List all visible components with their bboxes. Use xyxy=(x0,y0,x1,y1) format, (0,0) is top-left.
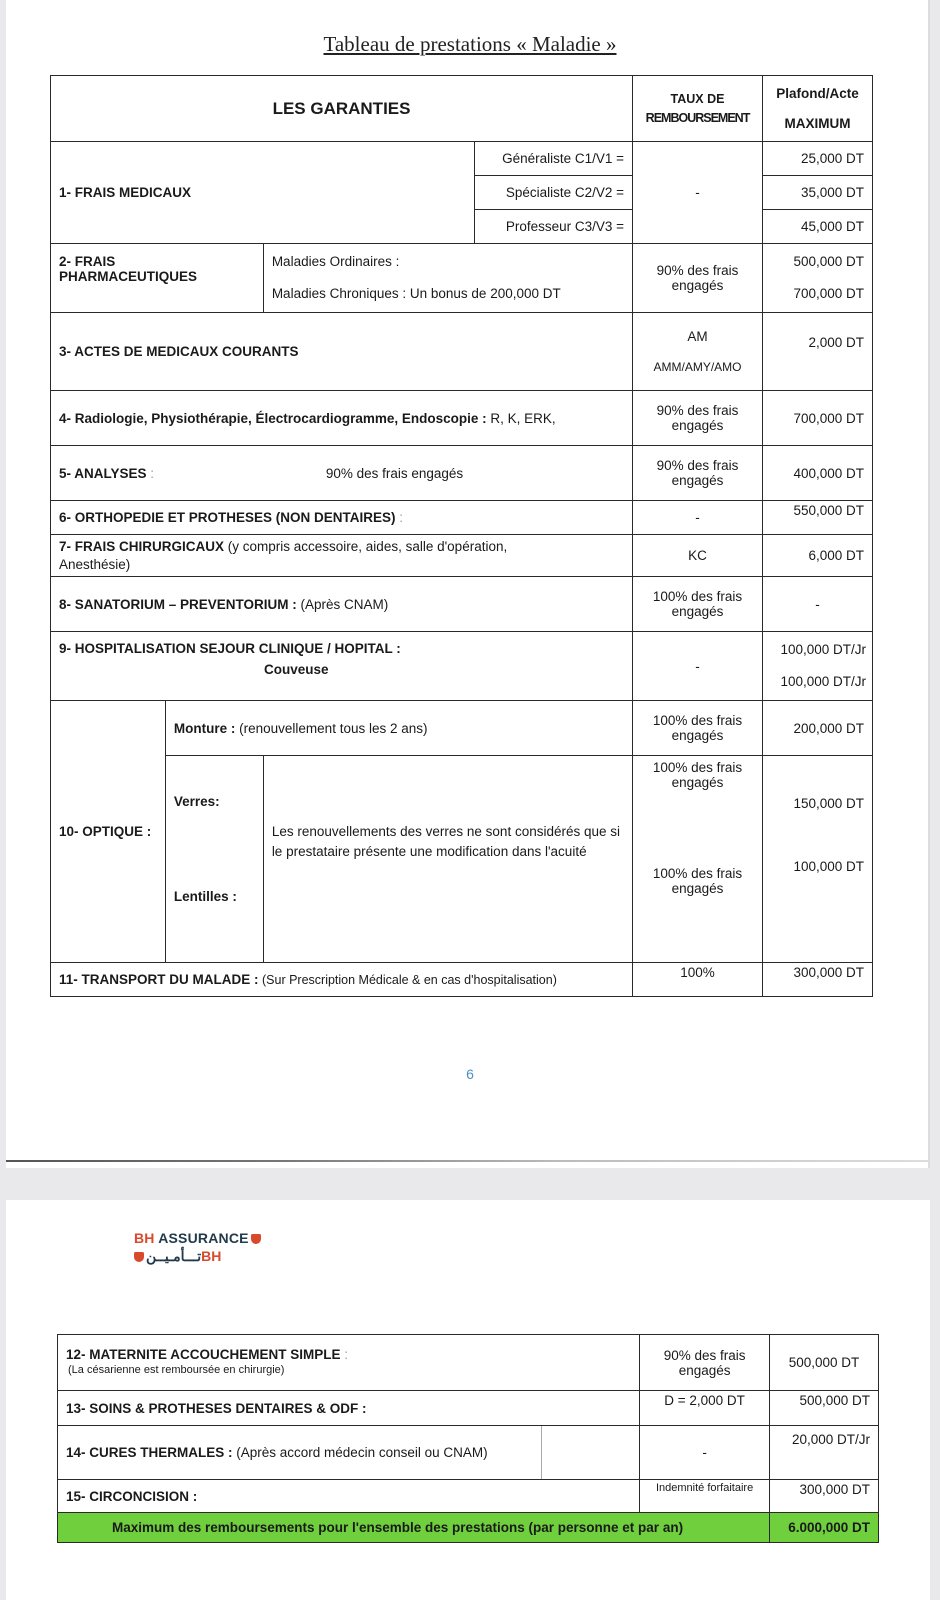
row14-taux: - xyxy=(640,1426,770,1480)
row4-plafond: 700,000 DT xyxy=(763,391,873,446)
row1-label: 1- FRAIS MEDICAUX xyxy=(51,142,475,244)
row11-plafond: 300,000 DT xyxy=(763,963,873,997)
row2-taux: 90% des frais engagés xyxy=(633,244,763,313)
table-row: 3- ACTES DE MEDICAUX COURANTS AM AMM/AMY… xyxy=(51,313,873,391)
row10-note: Les renouvellements des verres ne sont c… xyxy=(263,756,632,963)
table-row: Verres: Lentilles : Les renouvellements … xyxy=(51,756,873,963)
row8-taux: 100% des frais engagés xyxy=(633,577,763,632)
table-row: 1- FRAIS MEDICAUX Généraliste C1/V1 = - … xyxy=(51,142,873,176)
row13-plafond: 500,000 DT xyxy=(770,1391,879,1426)
row15-label: 15- CIRCONCISION : xyxy=(58,1480,640,1513)
total-row: Maximum des remboursements pour l'ensemb… xyxy=(58,1513,879,1543)
table-row: 14- CURES THERMALES : (Après accord méde… xyxy=(58,1426,879,1480)
total-label: Maximum des remboursements pour l'ensemb… xyxy=(58,1513,770,1543)
table-row: 12- MATERNITE ACCOUCHEMENT SIMPLE : (La … xyxy=(58,1335,879,1391)
table-row: 5- ANALYSES : 90% des frais engagés 90% … xyxy=(51,446,873,501)
table-row: 10- OPTIQUE : Monture : (renouvellement … xyxy=(51,701,873,756)
row13-label: 13- SOINS & PROTHESES DENTAIRES & ODF : xyxy=(58,1391,640,1426)
benefits-table-maladie: LES GARANTIES TAUX DE REMBOURSEMENT Plaf… xyxy=(50,75,873,997)
row1-plafond-specialiste: 35,000 DT xyxy=(763,176,873,210)
row1-taux: - xyxy=(633,142,763,244)
row10-label: 10- OPTIQUE : xyxy=(51,701,166,963)
table-row: 6- ORTHOPEDIE ET PROTHESES (NON DENTAIRE… xyxy=(51,501,873,535)
row6-taux: - xyxy=(633,501,763,535)
table-row: 9- HOSPITALISATION SEJOUR CLINIQUE / HOP… xyxy=(51,632,873,701)
row11-label: 11- TRANSPORT DU MALADE : (Sur Prescript… xyxy=(51,963,633,997)
row10-verres-lentilles-plafond: 150,000 DT 100,000 DT xyxy=(763,756,873,963)
row14-spacer xyxy=(542,1426,640,1480)
row10-verres-lentilles-taux: 100% des frais engagés 100% des frais en… xyxy=(633,756,763,963)
row9-taux: - xyxy=(633,632,763,701)
row12-taux: 90% des frais engagés xyxy=(640,1335,770,1391)
row11-taux: 100% xyxy=(633,963,763,997)
row10-monture-plafond: 200,000 DT xyxy=(763,701,873,756)
row12-label: 12- MATERNITE ACCOUCHEMENT SIMPLE : (La … xyxy=(58,1335,640,1391)
row7-plafond: 6,000 DT xyxy=(763,535,873,577)
header-garanties: LES GARANTIES xyxy=(51,76,633,142)
header-plafond: Plafond/Acte MAXIMUM xyxy=(763,76,873,142)
row2-label: 2- FRAIS PHARMACEUTIQUES xyxy=(51,244,264,313)
row14-plafond: 20,000 DT/Jr xyxy=(770,1426,879,1480)
row10-monture-taux: 100% des frais engagés xyxy=(633,701,763,756)
page-edge-line xyxy=(6,1160,928,1162)
row1-sub-professeur: Professeur C3/V3 = xyxy=(475,210,633,244)
row10-verres-lentilles: Verres: Lentilles : xyxy=(165,756,263,963)
table-row: 13- SOINS & PROTHESES DENTAIRES & ODF : … xyxy=(58,1391,879,1426)
row13-taux: D = 2,000 DT xyxy=(640,1391,770,1426)
row5-plafond: 400,000 DT xyxy=(763,446,873,501)
row9-plafond: 100,000 DT/Jr 100,000 DT/Jr xyxy=(763,632,873,701)
page-number: 6 xyxy=(0,1066,940,1082)
document-title: Tableau de prestations « Maladie » xyxy=(0,32,940,57)
table-row: 2- FRAIS PHARMACEUTIQUES Maladies Ordina… xyxy=(51,244,873,313)
table-row: 4- Radiologie, Physiothérapie, Électroca… xyxy=(51,391,873,446)
row1-plafond-professeur: 45,000 DT xyxy=(763,210,873,244)
row6-plafond: 550,000 DT xyxy=(763,501,873,535)
shield-icon xyxy=(251,1234,261,1244)
bh-assurance-logo: BH ASSURANCE تـــأمـيــنBH xyxy=(134,1230,261,1265)
benefits-table-continued: 12- MATERNITE ACCOUCHEMENT SIMPLE : (La … xyxy=(57,1334,879,1543)
table-row: 11- TRANSPORT DU MALADE : (Sur Prescript… xyxy=(51,963,873,997)
row4-label: 4- Radiologie, Physiothérapie, Électroca… xyxy=(51,391,633,446)
table-header-row: LES GARANTIES TAUX DE REMBOURSEMENT Plaf… xyxy=(51,76,873,142)
row3-plafond: 2,000 DT xyxy=(763,313,873,391)
row14-label: 14- CURES THERMALES : (Après accord méde… xyxy=(58,1426,542,1480)
row6-label: 6- ORTHOPEDIE ET PROTHESES (NON DENTAIRE… xyxy=(51,501,633,535)
row15-plafond: 300,000 DT xyxy=(770,1480,879,1513)
table-row: 7- FRAIS CHIRURGICAUX (y compris accesso… xyxy=(51,535,873,577)
row10-monture: Monture : (renouvellement tous les 2 ans… xyxy=(165,701,632,756)
row12-plafond: 500,000 DT xyxy=(770,1335,879,1391)
row4-taux: 90% des frais engagés xyxy=(633,391,763,446)
row3-label: 3- ACTES DE MEDICAUX COURANTS xyxy=(51,313,633,391)
row2-sub: Maladies Ordinaires : Maladies Chronique… xyxy=(263,244,632,313)
table-row: 8- SANATORIUM – PREVENTORIUM : (Après CN… xyxy=(51,577,873,632)
row1-plafond-generaliste: 25,000 DT xyxy=(763,142,873,176)
table-row: 15- CIRCONCISION : Indemnité forfaitaire… xyxy=(58,1480,879,1513)
row2-plafond: 500,000 DT 700,000 DT xyxy=(763,244,873,313)
row7-taux: KC xyxy=(633,535,763,577)
row5-label: 5- ANALYSES : 90% des frais engagés xyxy=(51,446,633,501)
row9-label: 9- HOSPITALISATION SEJOUR CLINIQUE / HOP… xyxy=(51,632,633,701)
row5-taux: 90% des frais engagés xyxy=(633,446,763,501)
row1-sub-specialiste: Spécialiste C2/V2 = xyxy=(475,176,633,210)
row1-sub-generaliste: Généraliste C1/V1 = xyxy=(475,142,633,176)
total-value: 6.000,000 DT xyxy=(770,1513,879,1543)
shield-icon xyxy=(134,1252,144,1262)
row8-label: 8- SANATORIUM – PREVENTORIUM : (Après CN… xyxy=(51,577,633,632)
logo-arabic: تـــأمـيــنBH xyxy=(134,1248,261,1265)
logo-latin: BH ASSURANCE xyxy=(134,1230,261,1246)
row15-taux: Indemnité forfaitaire xyxy=(640,1480,770,1513)
header-taux: TAUX DE REMBOURSEMENT xyxy=(633,76,763,142)
row8-plafond: - xyxy=(763,577,873,632)
row7-label: 7- FRAIS CHIRURGICAUX (y compris accesso… xyxy=(51,535,633,577)
row3-taux: AM AMM/AMY/AMO xyxy=(633,313,763,391)
